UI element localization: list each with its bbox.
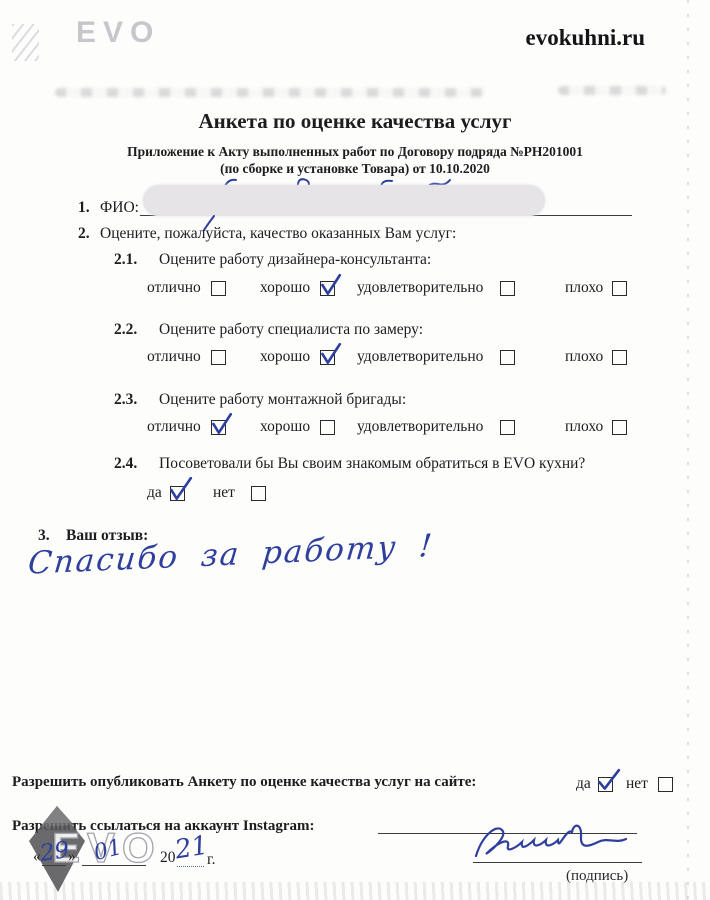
option-label-udovletvoritelno: удовлетворительно xyxy=(357,279,483,297)
handwritten-year: 21 xyxy=(173,831,210,866)
q23-options-row: отлично хорошо удовлетворительно плохо xyxy=(147,418,667,440)
option-label-udovletvoritelno: удовлетворительно xyxy=(357,418,483,436)
option-label-otlichno: отлично xyxy=(147,418,201,436)
option-label-otlichno: отлично xyxy=(147,279,201,297)
publish-option-da: да xyxy=(576,775,591,793)
q24-number: 2.4. xyxy=(114,455,137,473)
handwritten-signature xyxy=(466,818,646,866)
form-title: Анкета по оценке качества услуг xyxy=(0,109,710,134)
scanned-survey-page: EVO evokuhni.ru Анкета по оценке качеств… xyxy=(0,0,710,900)
fio-redaction-blur xyxy=(143,185,545,216)
checkbox-publish-net[interactable] xyxy=(658,777,673,792)
checkbox-q21-horosho[interactable] xyxy=(320,281,335,296)
option-label-udovletvoritelno: удовлетворительно xyxy=(357,348,483,366)
date-quote-close: » xyxy=(68,848,76,866)
option-label-ploho: плохо xyxy=(565,279,603,297)
checkbox-q23-otlichno[interactable] xyxy=(211,420,226,435)
q24-label: Посоветовали бы Вы своим знакомым обрати… xyxy=(159,455,585,473)
option-label-ploho: плохо xyxy=(565,418,603,436)
scan-smudge xyxy=(55,88,485,97)
handwritten-day: 29 xyxy=(38,837,71,867)
option-label-ploho: плохо xyxy=(565,348,603,366)
checkbox-q24-da[interactable] xyxy=(170,486,185,501)
q23-number: 2.3. xyxy=(114,391,137,409)
checkbox-q22-ploho[interactable] xyxy=(612,350,627,365)
publish-label: Разрешить опубликовать Анкету по оценке … xyxy=(12,774,476,791)
checkbox-q21-otlichno[interactable] xyxy=(211,281,226,296)
q2-number: 2. xyxy=(78,225,90,243)
fio-number: 1. xyxy=(78,199,90,217)
scan-bottom-noise xyxy=(0,882,710,900)
checkbox-q22-otlichno[interactable] xyxy=(211,350,226,365)
checkbox-q24-net[interactable] xyxy=(251,486,266,501)
checkbox-q22-udovletvoritelno[interactable] xyxy=(500,350,515,365)
scan-smudge xyxy=(558,86,666,95)
date-year-suffix: г. xyxy=(207,851,215,869)
q22-number: 2.2. xyxy=(114,321,137,339)
checkbox-publish-da[interactable] xyxy=(598,777,613,792)
fio-label: ФИО: xyxy=(100,199,139,217)
q21-number: 2.1. xyxy=(114,251,137,269)
option-label-horosho: хорошо xyxy=(260,418,310,436)
publish-option-net: нет xyxy=(626,775,648,793)
q24-options-row: да нет xyxy=(147,484,667,506)
website-url: evokuhni.ru xyxy=(420,25,645,51)
option-label-da: да xyxy=(147,484,162,502)
scan-edge-artifact xyxy=(687,0,689,900)
q22-label: Оцените работу специалиста по замеру: xyxy=(159,321,423,339)
form-subtitle-line1: Приложение к Акту выполненных работ по Д… xyxy=(0,144,710,160)
option-label-horosho: хорошо xyxy=(260,279,310,297)
q22-options-row: отлично хорошо удовлетворительно плохо xyxy=(147,348,667,370)
q2-label: Оцените, пожалуйста, качество оказанных … xyxy=(100,225,456,243)
checkbox-q22-horosho[interactable] xyxy=(320,350,335,365)
date-year-printed: 20 xyxy=(160,849,176,867)
checkbox-q23-ploho[interactable] xyxy=(612,420,627,435)
option-label-otlichno: отлично xyxy=(147,348,201,366)
checkbox-q21-ploho[interactable] xyxy=(612,281,627,296)
option-label-horosho: хорошо xyxy=(260,348,310,366)
q21-label: Оцените работу дизайнера-консультанта: xyxy=(159,251,431,269)
scan-artifact-hatch xyxy=(12,24,39,61)
q23-label: Оцените работу монтажной бригады: xyxy=(159,391,406,409)
evo-logo: EVO xyxy=(76,16,160,50)
q21-options-row: отлично хорошо удовлетворительно плохо xyxy=(147,279,667,301)
checkbox-q21-udovletvoritelno[interactable] xyxy=(500,281,515,296)
checkbox-q23-horosho[interactable] xyxy=(320,420,335,435)
q3-number: 3. xyxy=(38,527,50,545)
option-label-net: нет xyxy=(213,484,235,502)
checkbox-q23-udovletvoritelno[interactable] xyxy=(500,420,515,435)
